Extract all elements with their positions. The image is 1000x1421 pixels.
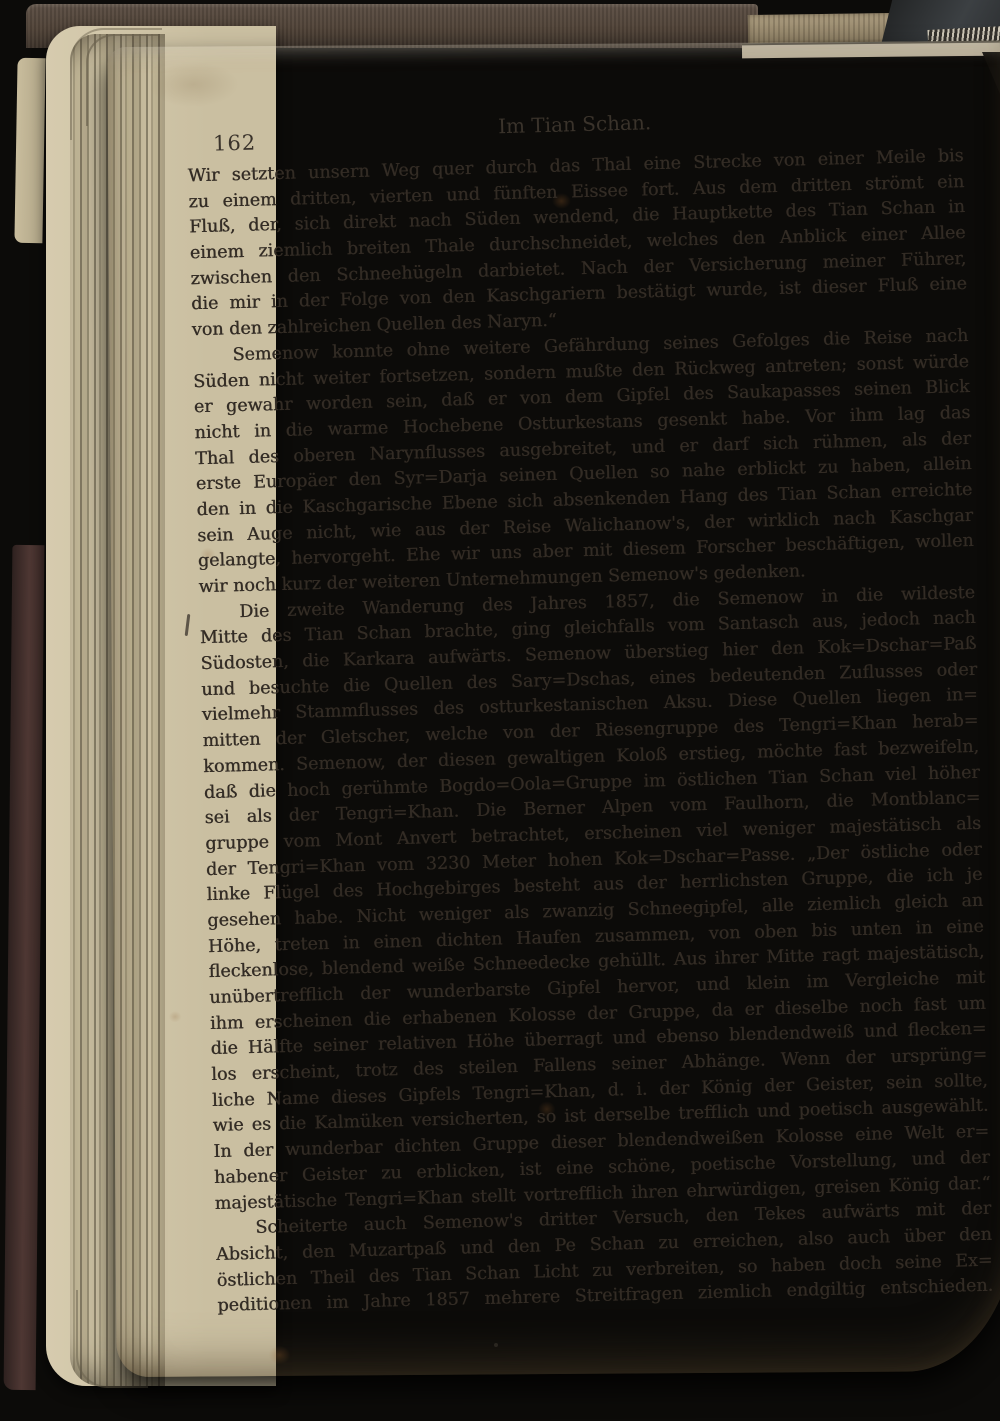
book-cover-spine [4, 545, 45, 1390]
paragraph: Die zweite Wanderung des Jahres 1857, di… [199, 581, 991, 1218]
foxing-stain [133, 54, 253, 115]
page-sliver-left [14, 58, 45, 243]
photo-scene: 162 Im Tian Schan. Wir setzten unsern We… [0, 0, 1000, 1421]
page-body-text: Wir setzten unsern Weg quer durch das Th… [188, 144, 994, 1320]
foxing-stain [166, 1009, 184, 1025]
foxing-stain [264, 1342, 294, 1368]
paragraph: Scheiterte auch Semenow's dritter Versuc… [215, 1197, 993, 1320]
paragraph: Semenow konnte ohne weitere Gefährdung s… [192, 324, 974, 601]
ink-dot [494, 1343, 498, 1347]
paragraph: Wir setzten unsern Weg quer durch das Th… [188, 144, 968, 344]
page-text: 162 Im Tian Schan. Wir setzten unsern We… [186, 100, 993, 1320]
